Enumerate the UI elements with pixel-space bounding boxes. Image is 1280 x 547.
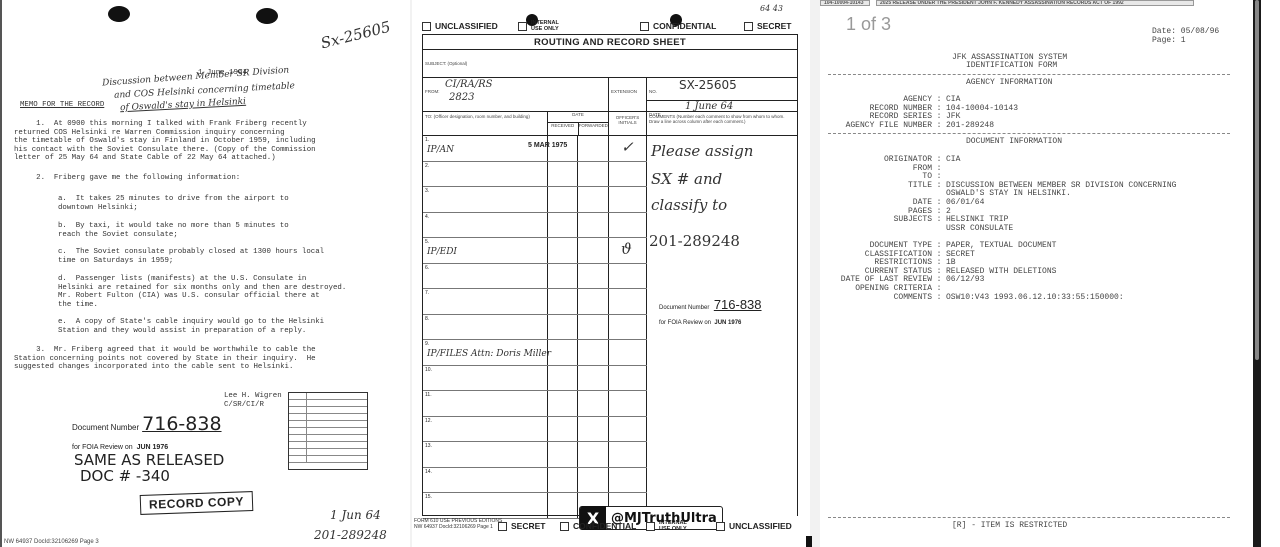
- row-initials-cell[interactable]: [609, 315, 647, 340]
- row-received-cell[interactable]: [548, 493, 578, 518]
- class-secret-bottom[interactable]: SECRET: [498, 521, 545, 531]
- row-received-cell[interactable]: 5 MAR 1975: [548, 136, 578, 161]
- row-initials-cell[interactable]: [609, 468, 647, 493]
- checkbox-icon: [422, 22, 431, 31]
- agency-section-title: AGENCY INFORMATION: [966, 79, 1052, 88]
- field-value: [946, 165, 1228, 174]
- row-to-cell[interactable]: 15.: [423, 493, 548, 518]
- row-received-cell[interactable]: [548, 238, 578, 263]
- scrollbar-thumb[interactable]: [1255, 0, 1259, 360]
- memo-item-c: c. The Soviet consulate probably closed …: [58, 248, 324, 265]
- routing-document-number: Document Number 716-838: [659, 296, 762, 314]
- row-forwarded-cell[interactable]: [578, 315, 609, 340]
- form-page: Page: 1: [1152, 37, 1186, 46]
- form-field-row: TITLE:DISCUSSION BETWEEN MEMBER SR DIVIS…: [828, 182, 1228, 199]
- form-field-row: AGENCY FILE NUMBER:201-289248: [828, 122, 1228, 131]
- checkbox-icon: [560, 522, 569, 531]
- date-field[interactable]: DATE1 June 64: [647, 101, 797, 123]
- routing-foia-review: for FOIA Review on JUN 1976: [659, 320, 741, 326]
- memo-paragraph-2: 2. Friberg gave me the following informa…: [14, 174, 240, 183]
- field-label: SUBJECTS: [828, 216, 932, 233]
- checkbox-icon: [498, 522, 507, 531]
- comment-line-4: 201-289248: [649, 232, 740, 250]
- from-value: CI/RA/RS: [445, 79, 492, 90]
- sx-number-handwritten: Sx-25605: [319, 18, 393, 53]
- row-forwarded-cell[interactable]: [578, 238, 609, 263]
- field-separator: :: [932, 122, 946, 131]
- row-to-cell[interactable]: 13.: [423, 442, 548, 467]
- memo-footer: NW 64937 DocId:32106269 Page 3: [4, 539, 99, 545]
- row-forwarded-cell[interactable]: [578, 187, 609, 212]
- field-value: SECRET: [946, 251, 1228, 260]
- foia-review-stamp: for FOIA Review on JUN 1976: [72, 444, 168, 451]
- row-initials-cell[interactable]: ✓: [609, 136, 647, 161]
- row-to-cell[interactable]: 8.: [423, 315, 548, 340]
- class-confidential[interactable]: CONFIDENTIAL: [640, 21, 716, 31]
- identification-form-page: 104-10004-10143 2025 RELEASE UNDER THE P…: [820, 0, 1260, 547]
- row-initials-cell[interactable]: [609, 391, 647, 416]
- row-received-cell[interactable]: [548, 289, 578, 314]
- form-field-row: ORIGINATOR:CIA: [828, 156, 1228, 165]
- memo-paragraph-3: 3. Mr. Friberg agreed that it would be w…: [14, 346, 316, 372]
- row-received-cell[interactable]: [548, 264, 578, 289]
- form-field-row: SUBJECTS:HELSINKI TRIP USSR CONSULATE: [828, 216, 1228, 233]
- row-to-cell[interactable]: 11.: [423, 391, 548, 416]
- field-value: RELEASED WITH DELETIONS: [946, 268, 1228, 277]
- redaction-blot: [108, 6, 130, 22]
- field-separator: :: [932, 182, 946, 199]
- memo-item-a: a. It takes 25 minutes to drive from the…: [58, 195, 289, 212]
- memo-item-e: e. A copy of State's cable inquiry would…: [58, 318, 324, 335]
- routing-sheet-page: 64 43 UNCLASSIFIED INTERNAL USE ONLY CON…: [412, 0, 810, 547]
- class-unclassified[interactable]: UNCLASSIFIED: [422, 21, 498, 31]
- row-initials-cell[interactable]: [609, 213, 647, 238]
- routing-sheet-form: ROUTING AND RECORD SHEET SUBJECT: (Optio…: [422, 34, 798, 516]
- signature-name: Lee H. Wigren: [224, 392, 282, 401]
- row-to-value: IP/FILES Attn: Doris Miller: [427, 349, 551, 359]
- memo-item-b: b. By taxi, it would take no more than 5…: [58, 222, 289, 239]
- row-received-cell[interactable]: [548, 162, 578, 187]
- field-value: 104-10004-10143: [946, 105, 1228, 114]
- routing-rows: 1.IP/AN5 MAR 1975✓2.3.4.5.IP/EDIϑ6.7.8.9…: [423, 136, 797, 519]
- checkbox-icon: [640, 22, 649, 31]
- divider: [828, 74, 1230, 75]
- number-field[interactable]: NO.SX-25605: [647, 78, 797, 101]
- distribution-box: [288, 392, 368, 470]
- edge-marker: [806, 536, 812, 547]
- field-separator: :: [932, 216, 946, 233]
- row-to-cell[interactable]: 5.IP/EDI: [423, 238, 548, 263]
- row-forwarded-cell[interactable]: [578, 264, 609, 289]
- row-forwarded-cell[interactable]: [578, 289, 609, 314]
- field-value: CIA: [946, 156, 1228, 165]
- record-copy-stamp: RECORD COPY: [140, 491, 253, 515]
- row-received-cell[interactable]: [548, 366, 578, 391]
- field-value: PAPER, TEXTUAL DOCUMENT: [946, 242, 1228, 251]
- subject-field[interactable]: SUBJECT: (Optional): [423, 50, 797, 78]
- field-value: OSW10:V43 1993.06.12.10:33:55:150000:: [946, 294, 1228, 303]
- class-unclassified-bottom[interactable]: UNCLASSIFIED: [716, 521, 792, 531]
- row-to-cell[interactable]: 9.IP/FILES Attn: Doris Miller: [423, 340, 548, 365]
- row-initials-cell[interactable]: [609, 264, 647, 289]
- row-to-cell[interactable]: 7.: [423, 289, 548, 314]
- release-banner: 2025 RELEASE UNDER THE PRESIDENT JOHN F.…: [876, 0, 1194, 6]
- field-value: HELSINKI TRIP USSR CONSULATE: [946, 216, 1228, 233]
- row-initials-cell[interactable]: [609, 442, 647, 467]
- row-forwarded-cell[interactable]: [578, 366, 609, 391]
- row-to-cell[interactable]: 4.: [423, 213, 548, 238]
- row-to-value: IP/AN: [427, 145, 454, 155]
- agency-fields: AGENCY:CIARECORD NUMBER:104-10004-10143R…: [828, 96, 1228, 130]
- row-received-cell[interactable]: [548, 417, 578, 442]
- corner-note: 64 43: [760, 4, 783, 13]
- row-received-cell[interactable]: [548, 187, 578, 212]
- row-received-cell[interactable]: [548, 442, 578, 467]
- checkbox-icon: [744, 22, 753, 31]
- row-forwarded-cell[interactable]: [578, 136, 609, 161]
- checkbox-icon: [646, 522, 655, 531]
- row-received-cell[interactable]: [548, 213, 578, 238]
- class-confidential-bottom[interactable]: CONFIDENTIAL: [560, 521, 636, 531]
- field-label: TITLE: [828, 182, 932, 199]
- field-label: COMMENTS: [828, 294, 932, 303]
- row-forwarded-cell[interactable]: [578, 391, 609, 416]
- form-field-row: FROM:: [828, 165, 1228, 174]
- row-initials-cell[interactable]: [609, 340, 647, 365]
- field-value: DISCUSSION BETWEEN MEMBER SR DIVISION CO…: [946, 182, 1228, 199]
- class-secret[interactable]: SECRET: [744, 21, 791, 31]
- extension-field[interactable]: EXTENSION: [609, 78, 647, 111]
- sx-number: SX-25605: [679, 78, 737, 92]
- sheet-title: ROUTING AND RECORD SHEET: [423, 35, 797, 50]
- row-forwarded-cell[interactable]: [578, 417, 609, 442]
- signature-office: C/SR/CI/R: [224, 401, 264, 410]
- form-field-row: PAGES:2: [828, 208, 1228, 217]
- row-received-cell[interactable]: [548, 340, 578, 365]
- comment-line-3: classify to: [651, 196, 727, 214]
- field-label: FROM: [828, 165, 932, 174]
- from-field[interactable]: FROM: CI/RA/RS 2823: [423, 78, 609, 111]
- comment-line-1: Please assign: [651, 142, 753, 160]
- handwritten-file-number: 201-289248: [314, 528, 387, 542]
- from-value-2: 2823: [449, 92, 474, 103]
- row-to-value: IP/EDI: [427, 247, 457, 257]
- row-initials-cell[interactable]: ϑ: [609, 238, 647, 263]
- divider: [828, 517, 1230, 518]
- memo-paragraph-1: 1. At 0900 this morning I talked with Fr…: [14, 120, 316, 163]
- restricted-note: [R] - ITEM IS RESTRICTED: [952, 522, 1067, 531]
- row-forwarded-cell[interactable]: [578, 213, 609, 238]
- row-received-cell[interactable]: [548, 315, 578, 340]
- checkbox-icon: [716, 522, 725, 531]
- row-received-value: 5 MAR 1975: [528, 142, 567, 149]
- from-row: FROM: CI/RA/RS 2823 EXTENSION NO.SX-2560…: [423, 78, 797, 112]
- row-forwarded-cell[interactable]: [578, 162, 609, 187]
- row-forwarded-cell[interactable]: [578, 468, 609, 493]
- memo-heading: MEMO FOR THE RECORD: [20, 101, 104, 110]
- page-counter: 1 of 3: [846, 14, 891, 35]
- checkbox-icon: [518, 22, 527, 31]
- form-title: IDENTIFICATION FORM: [966, 62, 1057, 71]
- row-initials-cell[interactable]: [609, 289, 647, 314]
- row-forwarded-cell[interactable]: [578, 340, 609, 365]
- class-internal[interactable]: INTERNAL USE ONLY: [518, 20, 567, 32]
- row-forwarded-cell[interactable]: [578, 442, 609, 467]
- field-value: 06/12/93: [946, 276, 1228, 285]
- row-initials-cell[interactable]: [609, 366, 647, 391]
- row-initials-value: ϑ: [621, 240, 632, 258]
- redaction-blot: [256, 8, 278, 24]
- row-to-cell[interactable]: 6.: [423, 264, 548, 289]
- comments-area[interactable]: Please assign SX # and classify to 201-2…: [647, 136, 797, 519]
- banner-record-number: 104-10004-10143: [820, 0, 870, 6]
- document-fields: ORIGINATOR:CIAFROM:TO:TITLE:DISCUSSION B…: [828, 156, 1228, 302]
- row-initials-cell[interactable]: [609, 417, 647, 442]
- field-label: AGENCY FILE NUMBER: [828, 122, 932, 131]
- comment-line-2: SX # and: [651, 170, 722, 188]
- handwritten-date: 1 Jun 64: [330, 508, 381, 522]
- document-section-title: DOCUMENT INFORMATION: [966, 138, 1062, 147]
- field-value: 201-289248: [946, 122, 1228, 131]
- row-to-cell[interactable]: 12.: [423, 417, 548, 442]
- page-divider: [810, 0, 820, 547]
- form-field-row: COMMENTS:OSW10:V43 1993.06.12.10:33:55:1…: [828, 294, 1228, 303]
- row-initials-cell[interactable]: [609, 187, 647, 212]
- memo-page: Sx-25605 1 June 1964 Discussion between …: [0, 0, 410, 547]
- row-to-cell[interactable]: 2.: [423, 162, 548, 187]
- classification-row-bottom: SECRET CONFIDENTIAL INTERNAL USE ONLY UN…: [422, 520, 804, 532]
- divider: [828, 133, 1230, 134]
- row-received-cell[interactable]: [548, 468, 578, 493]
- row-received-cell[interactable]: [548, 391, 578, 416]
- row-to-cell[interactable]: 3.: [423, 187, 548, 212]
- class-internal-bottom[interactable]: INTERNAL USE ONLY: [646, 520, 695, 532]
- classification-row-top: UNCLASSIFIED INTERNAL USE ONLY CONFIDENT…: [422, 20, 804, 32]
- row-to-cell[interactable]: 10.: [423, 366, 548, 391]
- row-to-cell[interactable]: 14.: [423, 468, 548, 493]
- field-separator: :: [932, 294, 946, 303]
- field-value: 06/01/64: [946, 199, 1228, 208]
- row-initials-cell[interactable]: [609, 162, 647, 187]
- form-field-row: DATE:06/01/64: [828, 199, 1228, 208]
- released-note-2: DOC # -340: [80, 467, 170, 485]
- row-initials-value: ✓: [621, 138, 634, 156]
- memo-item-d: d. Passenger lists (manifests) at the U.…: [58, 275, 346, 309]
- date-value: 1 June 64: [685, 101, 733, 112]
- document-number-stamp: Document Number716-838: [72, 413, 222, 435]
